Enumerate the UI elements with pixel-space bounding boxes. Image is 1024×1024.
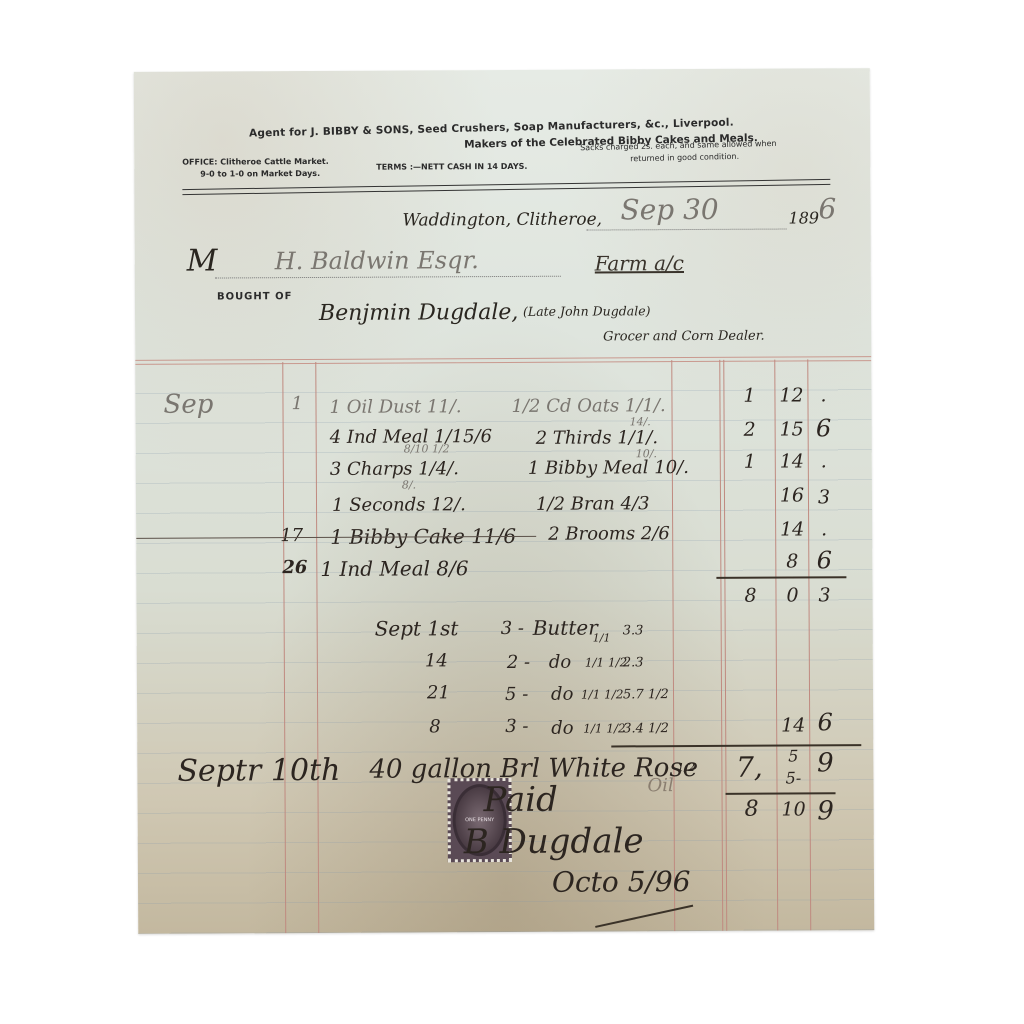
year-printed: 189 [788,208,819,227]
amount-pounds: 2 [732,419,768,441]
amount-shillings: 15 [776,418,808,440]
butter-item: do [549,652,571,673]
amount-shillings: 14 [776,450,808,472]
butter-total-shillings: 14 [777,714,809,736]
butter-rate: 1/1 1/2 [581,687,624,701]
oil-shillings: 5 [777,746,809,765]
subtotal-pounds: 8 [732,585,768,607]
signature: B Dugdale [464,821,644,862]
butter-rate: 1/1 1/2 [583,721,626,735]
butter-qty: 3 - [501,618,524,639]
sacks-note-2: returned in good condition. [630,152,739,163]
month: Sep [163,390,213,420]
amount-pounds: 1 [731,385,767,407]
amount-shillings: 14 [776,518,808,540]
subtotal-pence: 3 [809,584,839,606]
amount-pence: . [809,518,839,540]
butter-amount: 3.4 1/2 [623,721,669,736]
oil-date: Septr 10th [177,753,340,789]
oil-note: Oil [647,775,673,796]
customer-name: H. Baldwin Esqr. [275,246,479,275]
butter-item: Butter [533,616,598,640]
oil-shillings-2: 5- [777,768,809,787]
butter-amount: 3.3 [623,623,644,638]
grand-total-pounds: 8 [734,797,770,822]
amount-shillings: 8 [776,550,808,572]
entry-right: 2 Thirds 1/1/. [536,427,658,449]
butter-item: do [551,718,573,739]
date-dotted-line [587,229,787,231]
amount-shillings: 16 [776,484,808,506]
butter-rate: 1/1 1/2 [585,655,628,669]
entry-day: 26 [282,557,307,578]
header-double-rule [182,179,830,195]
butter-date: Sept 1st [375,616,459,640]
entry-right: 1 Bibby Meal 10/. [528,457,689,479]
account-name: Farm a/c [595,251,684,275]
entry-right: 2 Brooms 2/6 [548,523,670,545]
butter-amount: 2.3 [623,655,644,670]
butter-rate: 1/1 [593,631,611,644]
butter-item: do [551,684,573,705]
oil-pounds: 7, [729,751,769,784]
place: Waddington, Clitheroe, [402,209,602,230]
bought-of-label: BOUGHT OF [217,291,293,302]
terms: TERMS :—NETT CASH IN 14 DAYS. [376,162,527,172]
amount-pounds: 1 [732,451,768,473]
grand-total-pence: 9 [811,796,841,826]
paid-mark: Paid [483,780,557,820]
office-line: OFFICE: Clitheroe Cattle Market. [182,157,329,167]
entry-day: 1 [291,393,303,414]
entry-note: 8/. [402,478,416,491]
amount-shillings: 12 [775,384,807,406]
entry-right: 1/2 Cd Oats 1/1/. [511,395,665,417]
entry-right: 1/2 Bran 4/3 [536,493,650,515]
butter-qty: 5 - [505,684,528,705]
customer-dotted-line [215,276,561,279]
amount-pence: 3 [809,486,839,508]
subtotal-shillings: 0 [776,584,808,606]
customer-prefix: M [187,243,218,278]
oil-pence: 9 [810,748,840,778]
entry-left: 1 Ind Meal 8/6 [320,556,468,581]
amount-pence: . [808,384,838,406]
oil-rate: 1/2 [677,761,695,774]
seller-trade: Grocer and Corn Dealer. [603,329,765,345]
entry-left: 3 Charps 1/4/. [330,458,459,480]
butter-date: 21 [427,682,450,703]
office-hours: 9-0 to 1-0 on Market Days. [200,169,320,179]
entry-left: 1 Seconds 12/. [332,494,466,516]
butter-date: 14 [425,650,448,671]
year-handwritten: 6 [818,192,836,225]
amount-pence: 6 [809,414,839,442]
invoice-paper: Agent for J. BIBBY & SONS, Seed Crushers… [134,68,875,934]
entry-note: 8/10 1/2 [404,442,450,455]
amount-pence: . [809,450,839,472]
invoice-date: Sep 30 [620,193,718,227]
butter-qty: 2 - [507,652,530,673]
entry-day: 17 [280,525,303,546]
butter-qty: 3 - [505,716,528,737]
butter-date: 8 [429,716,441,737]
amount-pence: 6 [809,546,839,574]
grand-total-shillings: 10 [778,798,810,820]
seller-late: (Late John Dugdale) [523,303,651,319]
entry-left: 1 Oil Dust 11/. [329,396,461,418]
butter-total-pence: 6 [810,708,840,736]
seller-name: Benjmin Dugdale, [319,300,519,326]
butter-amount: 5.7 1/2 [623,687,669,702]
receipt-date: Octo 5/96 [552,865,691,899]
